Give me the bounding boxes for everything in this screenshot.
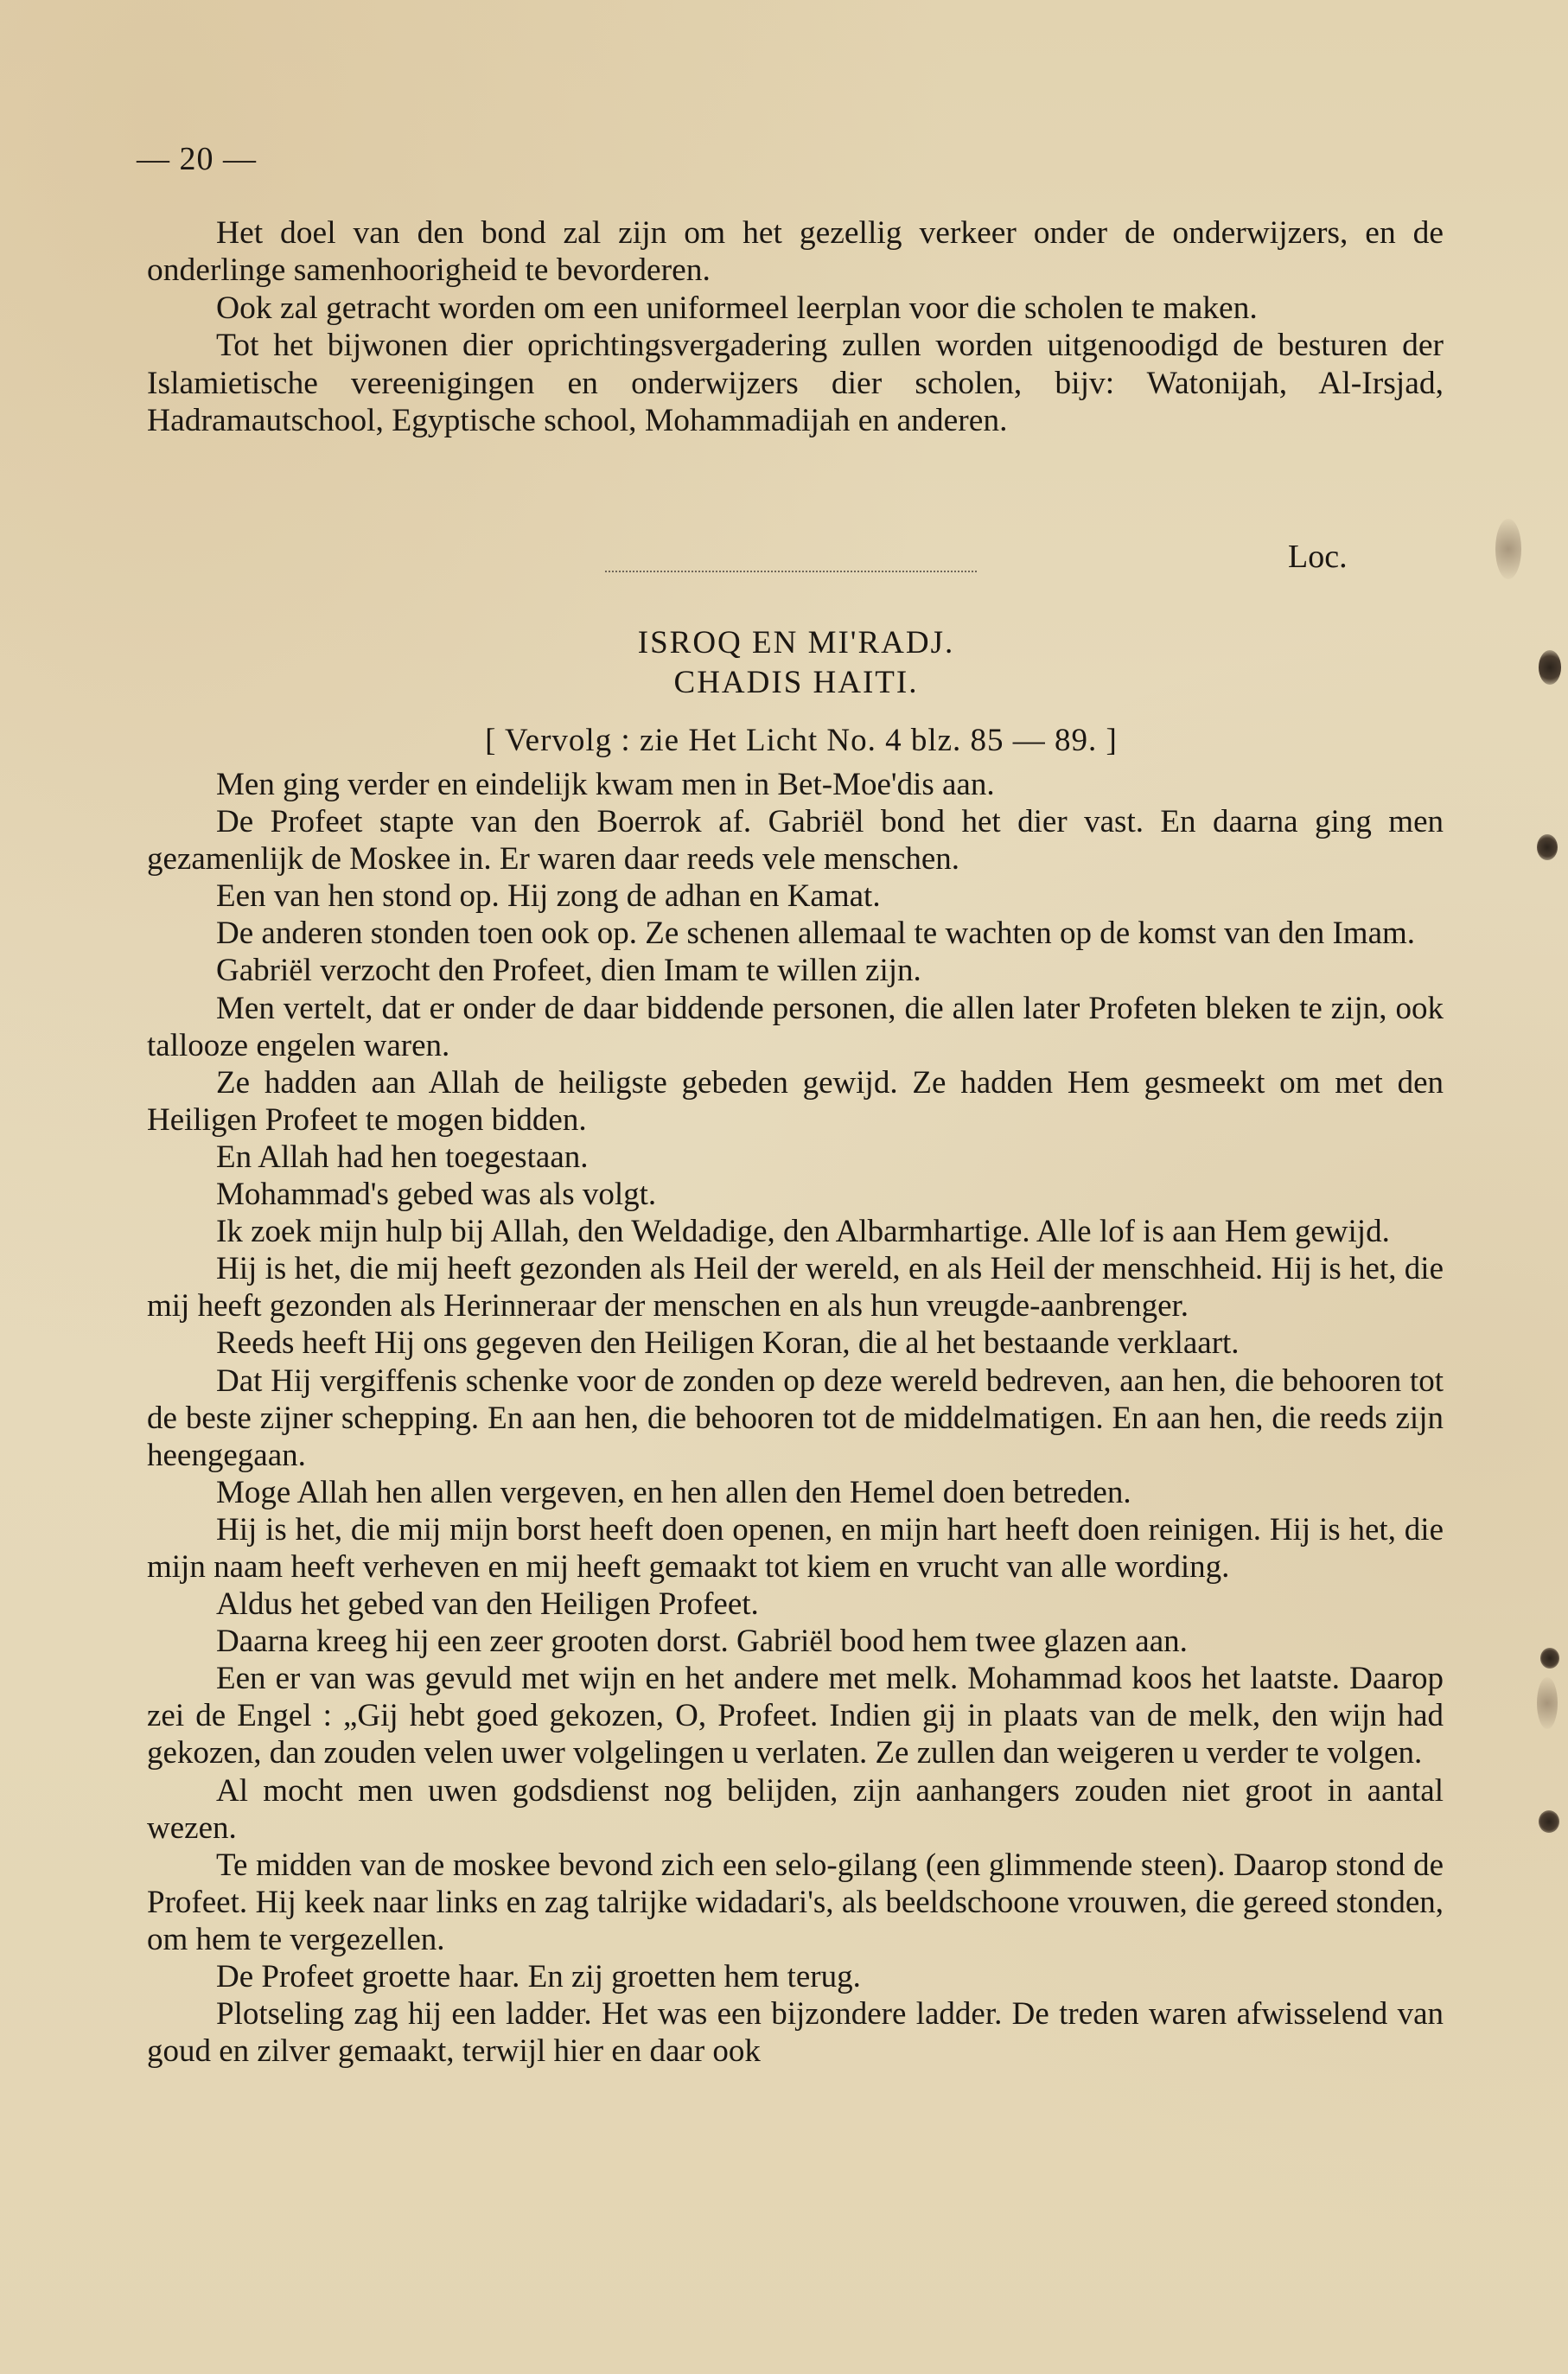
article-paragraph: Al mocht men uwen godsdienst nog belijde… <box>147 1772 1444 1847</box>
article-body: Men ging verder en eindelijk kwam men in… <box>147 766 1444 2070</box>
intro-paragraph: Het doel van den bond zal zijn om het ge… <box>147 214 1444 290</box>
article-paragraph: Ik zoek mijn hulp bij Allah, den Weldadi… <box>147 1213 1444 1250</box>
article-paragraph: Daarna kreeg hij een zeer grooten dorst.… <box>147 1623 1444 1660</box>
article-paragraph: Dat Hij vergiffenis schenke voor de zond… <box>147 1362 1444 1474</box>
paper-stain <box>1537 1677 1558 1729</box>
article-paragraph: De anderen stonden toen ook op. Ze schen… <box>147 915 1444 952</box>
article-paragraph: Gabriël verzocht den Profeet, dien Imam … <box>147 952 1444 989</box>
article-paragraph: Reeds heeft Hij ons gegeven den Heiligen… <box>147 1324 1444 1362</box>
intro-paragraph: Ook zal getracht worden om een uniformee… <box>147 290 1444 327</box>
author-signature: Loc. <box>1288 538 1348 576</box>
article-paragraph: Een van hen stond op. Hij zong de adhan … <box>147 877 1444 915</box>
article-paragraph: Hij is het, die mij mijn borst heeft doe… <box>147 1511 1444 1586</box>
article-paragraph: Mohammad's gebed was als volgt. <box>147 1176 1444 1213</box>
article-paragraph: De Profeet groette haar. En zij groetten… <box>147 1958 1444 1995</box>
binding-hole-mark <box>1540 1648 1559 1669</box>
article-paragraph: Men vertelt, dat er onder de daar bidden… <box>147 990 1444 1064</box>
article-paragraph: Men ging verder en eindelijk kwam men in… <box>147 766 1444 803</box>
article-paragraph: Plotseling zag hij een ladder. Het was e… <box>147 1995 1444 2070</box>
article-paragraph: Een er van was gevuld met wijn en het an… <box>147 1660 1444 1771</box>
article-paragraph: En Allah had hen toegestaan. <box>147 1139 1444 1176</box>
binding-hole-mark <box>1539 1810 1559 1833</box>
continuation-note: [ Vervolg : zie Het Licht No. 4 blz. 85 … <box>0 722 1568 759</box>
article-paragraph: De Profeet stapte van den Boerrok af. Ga… <box>147 803 1444 877</box>
section-divider <box>605 571 977 572</box>
intro-paragraph: Tot het bijwonen dier oprichtingsvergade… <box>147 327 1444 439</box>
intro-section: Het doel van den bond zal zijn om het ge… <box>147 214 1444 439</box>
page-number: — 20 — <box>137 140 257 178</box>
article-paragraph: Moge Allah hen allen vergeven, en hen al… <box>147 1474 1444 1511</box>
article-paragraph: Aldus het gebed van den Heiligen Profeet… <box>147 1586 1444 1623</box>
article-paragraph: Te midden van de moskee bevond zich een … <box>147 1847 1444 1958</box>
article-paragraph: Hij is het, die mij heeft gezonden als H… <box>147 1250 1444 1324</box>
article-title: ISROQ EN MI'RADJ. <box>0 624 1568 661</box>
paper-stain <box>1495 519 1521 579</box>
binding-hole-mark <box>1537 834 1558 860</box>
article-subtitle: CHADIS HAITI. <box>0 664 1568 701</box>
article-paragraph: Ze hadden aan Allah de heiligste gebeden… <box>147 1064 1444 1139</box>
binding-hole-mark <box>1539 650 1561 685</box>
